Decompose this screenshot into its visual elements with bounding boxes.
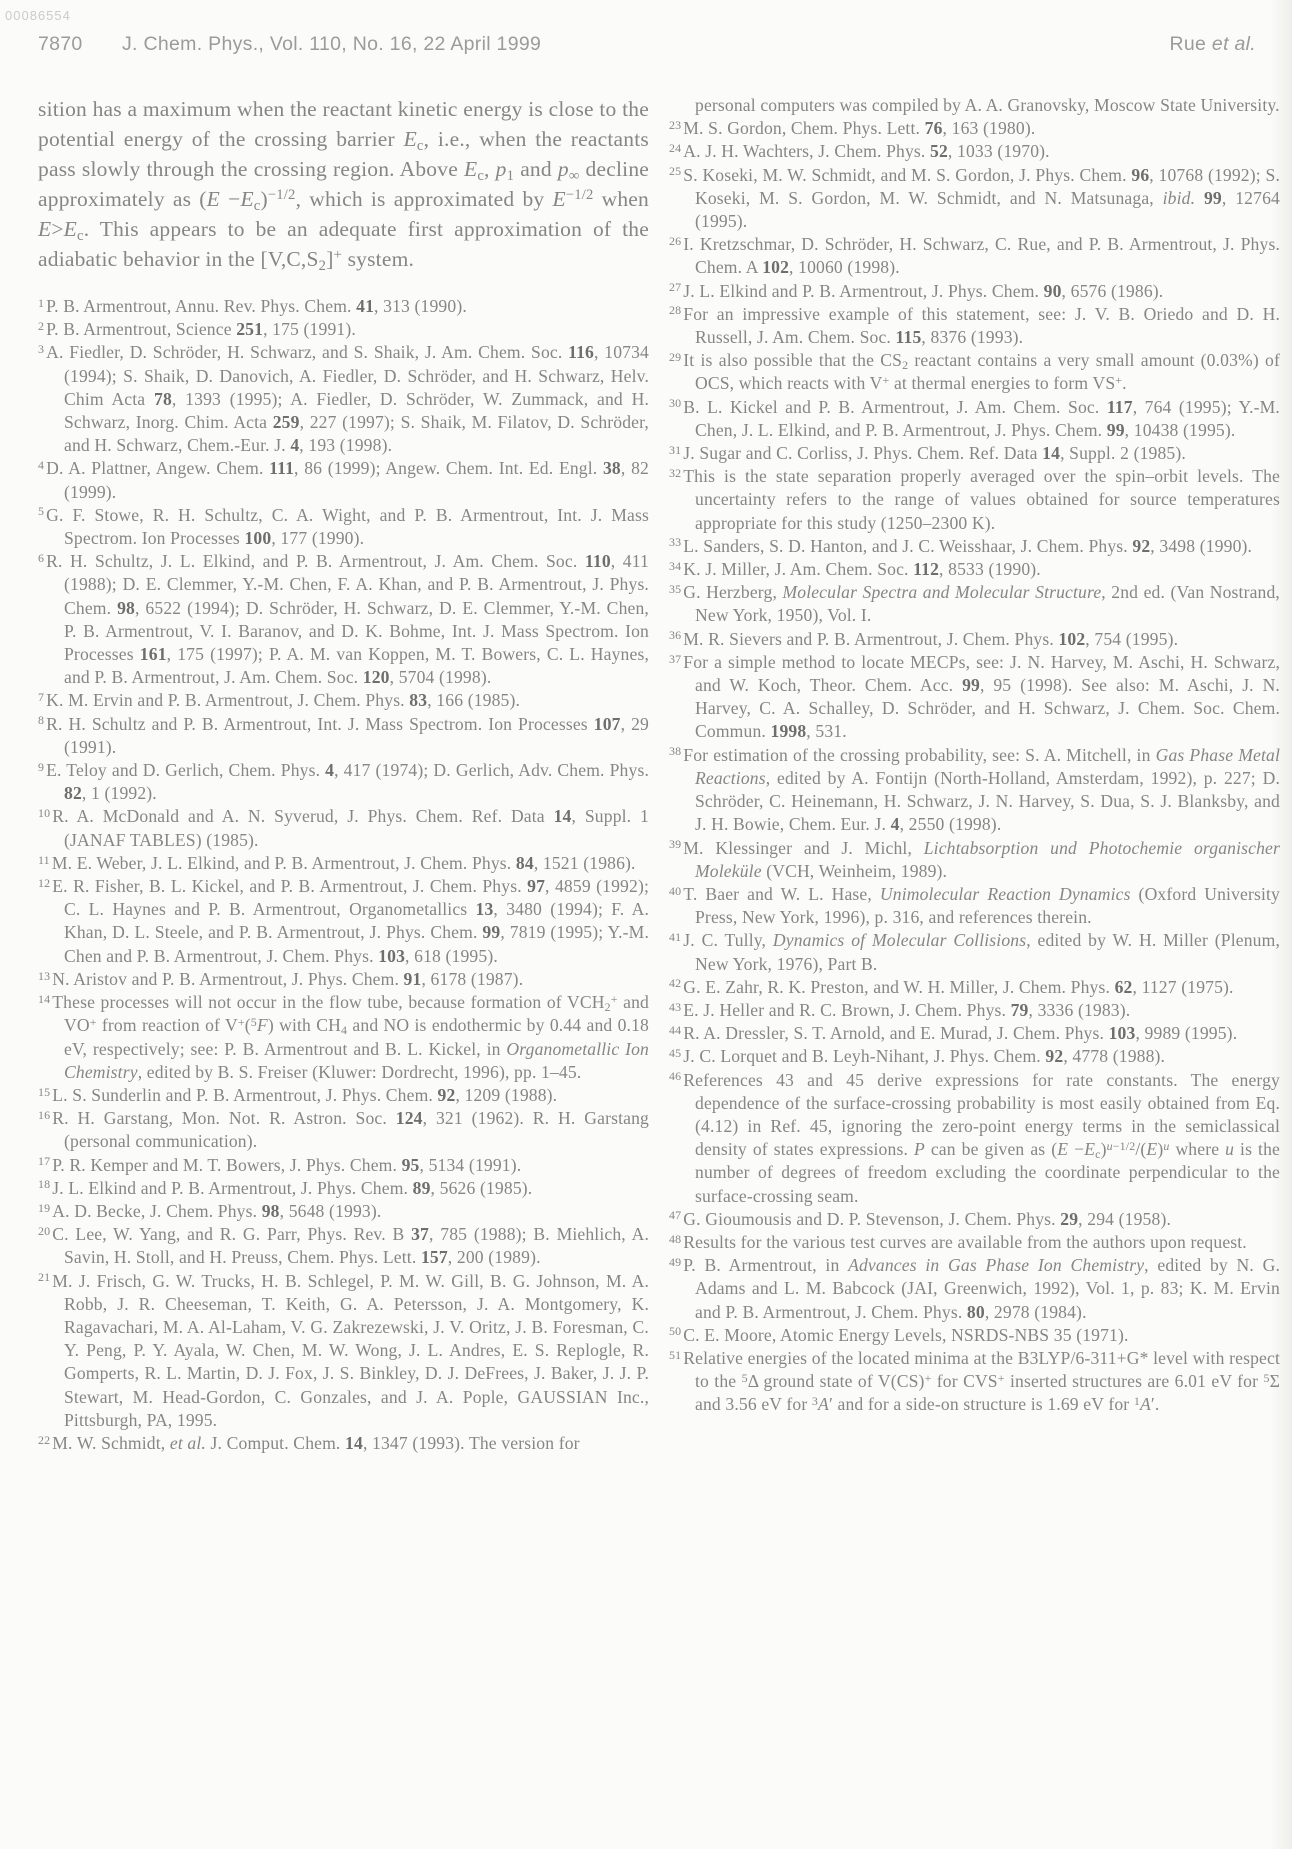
reference-item: 6R. H. Schultz, J. L. Elkind, and P. B. … [38,550,649,689]
reference-number: 32 [669,466,681,480]
reference-item: 1P. B. Armentrout, Annu. Rev. Phys. Chem… [38,295,649,318]
main-content: sition has a maximum when the reactant k… [38,94,1280,1455]
reference-number: 8 [38,713,44,727]
reference-number: 47 [669,1208,681,1222]
reference-number: 10 [38,806,50,820]
reference-number: 1 [38,296,44,310]
reference-item: 12E. R. Fisher, B. L. Kickel, and P. B. … [38,875,649,968]
reference-number: 25 [669,164,681,178]
reference-item: 19A. D. Becke, J. Chem. Phys. 98, 5648 (… [38,1200,649,1223]
running-authors: Rue et al. [1170,33,1256,56]
references-list-left: 1P. B. Armentrout, Annu. Rev. Phys. Chem… [38,295,649,1455]
reference-item: 17P. R. Kemper and M. T. Bowers, J. Phys… [38,1154,649,1177]
reference-item: 35G. Herzberg, Molecular Spectra and Mol… [669,581,1280,627]
reference-number: 24 [669,141,681,155]
reference-number: 44 [669,1023,681,1037]
reference-item: 45J. C. Lorquet and B. Leyh-Nihant, J. P… [669,1045,1280,1068]
reference-number: 41 [669,930,681,944]
reference-number: 50 [669,1324,681,1338]
reference-item: 42G. E. Zahr, R. K. Preston, and W. H. M… [669,976,1280,999]
page-number: 7870 [38,33,83,56]
reference-item: 46References 43 and 45 derive expression… [669,1069,1280,1208]
reference-item: 18J. L. Elkind and P. B. Armentrout, J. … [38,1177,649,1200]
reference-number: 35 [669,582,681,596]
reference-number: 16 [38,1108,50,1122]
reference-item: 47G. Gioumousis and D. P. Stevenson, J. … [669,1208,1280,1231]
reference-item: 2P. B. Armentrout, Science 251, 175 (199… [38,318,649,341]
reference-number: 45 [669,1046,681,1060]
reference-number: 18 [38,1177,50,1191]
reference-item: 33L. Sanders, S. D. Hanton, and J. C. We… [669,535,1280,558]
reference-item: 31J. Sugar and C. Corliss, J. Phys. Chem… [669,442,1280,465]
reference-number: 29 [669,350,681,364]
reference-item: 29It is also possible that the CS2 react… [669,349,1280,395]
reference-number: 34 [669,559,681,573]
left-column: sition has a maximum when the reactant k… [38,94,649,1455]
reference-item: 41J. C. Tully, Dynamics of Molecular Col… [669,929,1280,975]
reference-number: 3 [38,342,44,356]
reference-item: 24A. J. H. Wachters, J. Chem. Phys. 52, … [669,140,1280,163]
reference-number: 39 [669,837,681,851]
reference-item: 25S. Koseki, M. W. Schmidt, and M. S. Go… [669,164,1280,234]
reference-item: 50C. E. Moore, Atomic Energy Levels, NSR… [669,1324,1280,1347]
reference-number: 51 [669,1348,681,1362]
reference-number: 23 [669,118,681,132]
reference-number: 28 [669,303,681,317]
reference-number: 49 [669,1255,681,1269]
reference-item: 44R. A. Dressler, S. T. Arnold, and E. M… [669,1022,1280,1045]
reference-number: 30 [669,396,681,410]
reference-number: 48 [669,1232,681,1246]
reference-item: 4D. A. Plattner, Angew. Chem. 111, 86 (1… [38,457,649,503]
reference-item: 27J. L. Elkind and P. B. Armentrout, J. … [669,280,1280,303]
reference-item: 8R. H. Schultz and P. B. Armentrout, Int… [38,713,649,759]
reference-number: 22 [38,1433,50,1447]
reference-item: 34K. J. Miller, J. Am. Chem. Soc. 112, 8… [669,558,1280,581]
references-list-right: 23M. S. Gordon, Chem. Phys. Lett. 76, 16… [669,117,1280,1416]
reference-number: 40 [669,884,681,898]
reference-number: 17 [38,1154,50,1168]
reference-item: 26I. Kretzschmar, D. Schröder, H. Schwar… [669,233,1280,279]
reference-number: 7 [38,690,44,704]
reference-item: 38For estimation of the crossing probabi… [669,744,1280,837]
journal-title: J. Chem. Phys., Vol. 110, No. 16, 22 Apr… [122,33,541,56]
reference-number: 19 [38,1201,50,1215]
right-column: personal computers was compiled by A. A.… [669,94,1280,1455]
reference-item: 10R. A. McDonald and A. N. Syverud, J. P… [38,805,649,851]
reference-item: 7K. M. Ervin and P. B. Armentrout, J. Ch… [38,689,649,712]
reference-number: 33 [669,535,681,549]
reference-item: 28For an impressive example of this stat… [669,303,1280,349]
reference-number: 27 [669,280,681,294]
reference-number: 13 [38,969,50,983]
reference-item: 37For a simple method to locate MECPs, s… [669,651,1280,744]
reference-number: 37 [669,652,681,666]
reference-number: 46 [669,1069,681,1083]
reference-item: 15L. S. Sunderlin and P. B. Armentrout, … [38,1084,649,1107]
reference-number: 11 [38,853,50,867]
reference-number: 42 [669,976,681,990]
reference-item: 16R. H. Garstang, Mon. Not. R. Astron. S… [38,1107,649,1153]
reference-item: 3A. Fiedler, D. Schröder, H. Schwarz, an… [38,341,649,457]
reference-number: 12 [38,876,50,890]
reference-number: 36 [669,628,681,642]
reference-item: 48Results for the various test curves ar… [669,1231,1280,1254]
reference-number: 5 [38,504,44,518]
reference-item: 22M. W. Schmidt, et al. J. Comput. Chem.… [38,1432,649,1455]
reference-item: 5G. F. Stowe, R. H. Schultz, C. A. Wight… [38,504,649,550]
reference-item: 21M. J. Frisch, G. W. Trucks, H. B. Schl… [38,1270,649,1432]
reference-item: 49P. B. Armentrout, in Advances in Gas P… [669,1254,1280,1324]
reference-item: 13N. Aristov and P. B. Armentrout, J. Ph… [38,968,649,991]
reference-item: 11M. E. Weber, J. L. Elkind, and P. B. A… [38,852,649,875]
reference-item: 23M. S. Gordon, Chem. Phys. Lett. 76, 16… [669,117,1280,140]
reference-item: 39M. Klessinger and J. Michl, Lichtabsor… [669,837,1280,883]
reference-item: 40T. Baer and W. L. Hase, Unimolecular R… [669,883,1280,929]
reference-item: 9E. Teloy and D. Gerlich, Chem. Phys. 4,… [38,759,649,805]
reference-item: 51Relative energies of the located minim… [669,1347,1280,1417]
reference-number: 20 [38,1224,50,1238]
reference-number: 6 [38,551,44,565]
reference-item: 14These processes will not occur in the … [38,991,649,1084]
scan-watermark: 00086554 [5,8,71,23]
reference-number: 2 [38,319,44,333]
reference-number: 31 [669,443,681,457]
intro-paragraph: sition has a maximum when the reactant k… [38,94,649,274]
reference-number: 38 [669,744,681,758]
reference-item: 30B. L. Kickel and P. B. Armentrout, J. … [669,396,1280,442]
reference-continuation: personal computers was compiled by A. A.… [669,94,1280,117]
reference-item: 36M. R. Sievers and P. B. Armentrout, J.… [669,628,1280,651]
reference-number: 43 [669,1000,681,1014]
reference-number: 14 [38,992,50,1006]
reference-number: 21 [38,1270,50,1284]
reference-item: 43E. J. Heller and R. C. Brown, J. Chem.… [669,999,1280,1022]
reference-number: 4 [38,458,44,472]
reference-number: 15 [38,1085,50,1099]
reference-item: 32This is the state separation properly … [669,465,1280,535]
reference-number: 9 [38,760,44,774]
reference-number: 26 [669,234,681,248]
reference-item: 20C. Lee, W. Yang, and R. G. Parr, Phys.… [38,1223,649,1269]
